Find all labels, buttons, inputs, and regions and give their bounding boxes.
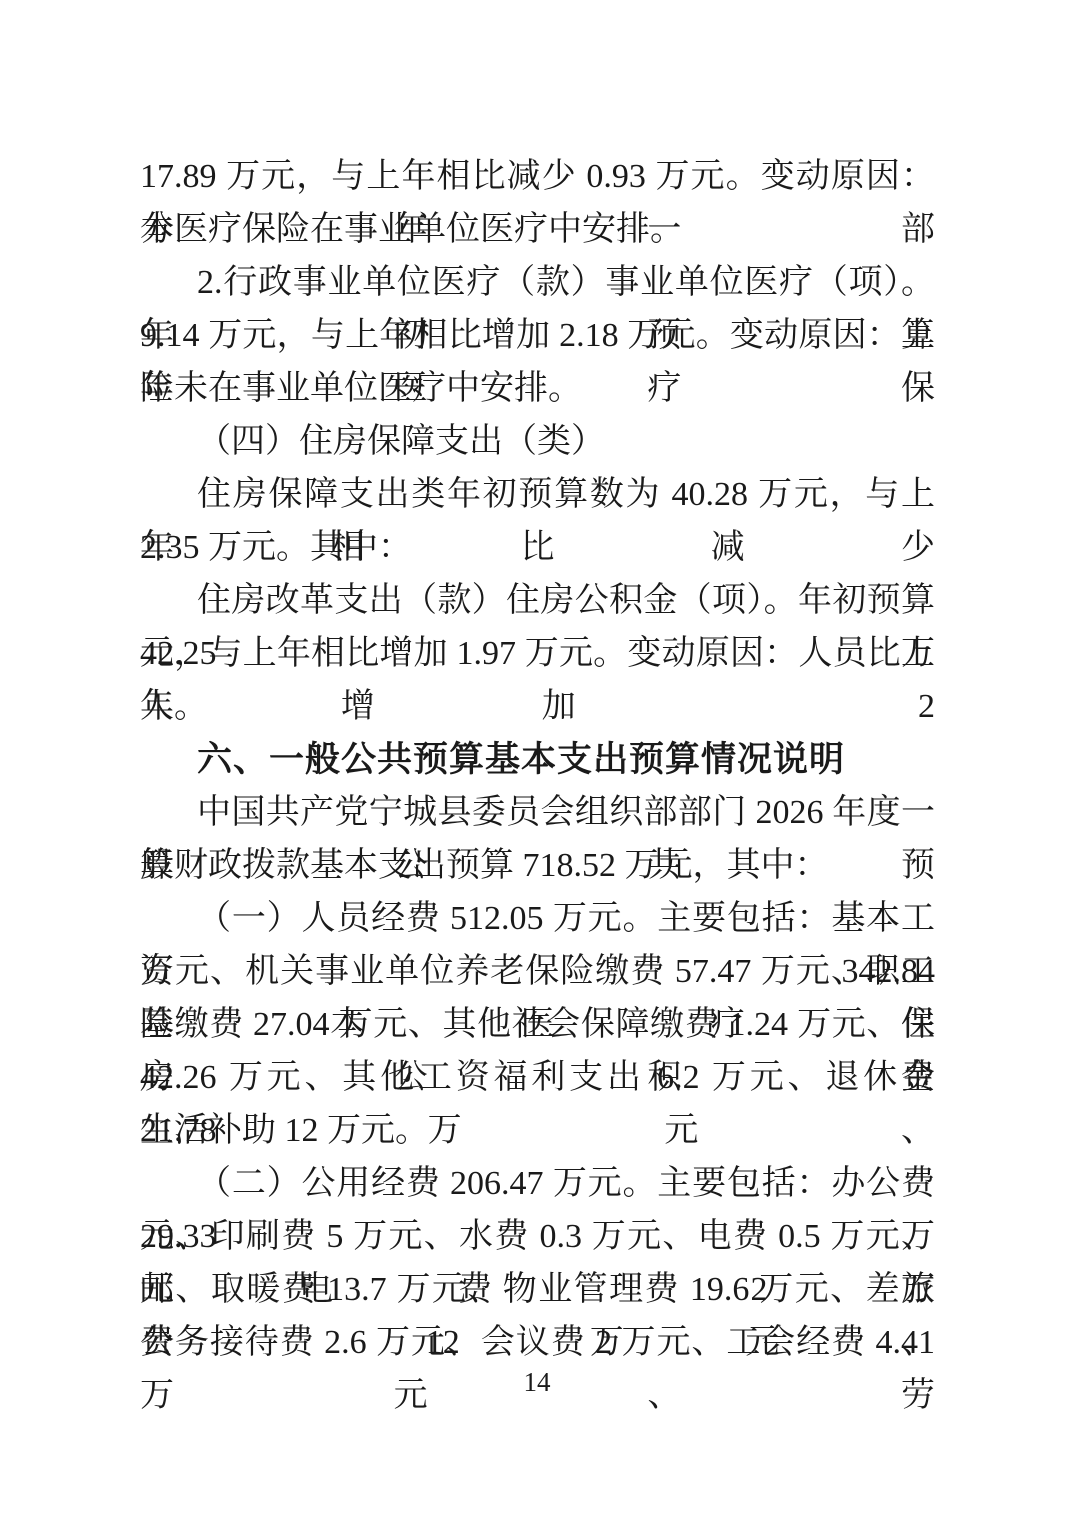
document-line: 元、印刷费 5 万元、水费 0.3 万元、电费 0.5 万元、邮电费 2 万 [140, 1210, 935, 1263]
subsection-heading: （四）住房保障支出（类） [140, 415, 935, 468]
document-line: 9.14 万元，与上年相比增加 2.18 万元。变动原因：上年医疗保 [140, 309, 935, 362]
document-line: 险缴费 27.04 万元、其他社会保障缴费 1.24 万元、住房公积金 [140, 998, 935, 1051]
document-line: 中国共产党宁城县委员会组织部部门 2026 年度一般公共预 [140, 786, 935, 839]
page-number: 14 [0, 1362, 1074, 1402]
document-line: 元、取暖费 13.7 万元、物业管理费 19.6 万元、差旅费 12 万元、 [140, 1263, 935, 1316]
document-line: 2.行政事业单位医疗（款）事业单位医疗（项）。年初预算 [140, 256, 935, 309]
document-line: （二）公用经费 206.47 万元。主要包括：办公费 29.33 万 [140, 1157, 935, 1210]
document-line: 元，与上年相比增加 1.97 万元。变动原因：人员比上年增加 2 [140, 627, 935, 680]
document-line: 17.89 万元，与上年相比减少 0.93 万元。变动原因：本年一部 [140, 150, 935, 203]
document-page: 17.89 万元，与上年相比减少 0.93 万元。变动原因：本年一部 分医疗保险… [0, 0, 1074, 1520]
section-heading: 六、一般公共预算基本支出预算情况说明 [140, 733, 935, 786]
document-line: （一）人员经费 512.05 万元。主要包括：基本工资 342.84 [140, 892, 935, 945]
document-line: 住房保障支出类年初预算数为 40.28 万元，与上年相比减少 [140, 468, 935, 521]
document-line: 算财政拨款基本支出预算 718.52 万元，其中： [140, 839, 935, 892]
document-line: 住房改革支出（款）住房公积金（项）。年初预算 42.25 万 [140, 574, 935, 627]
document-line: 万元、机关事业单位养老保险缴费 57.47 万元、职工基本医疗保 [140, 945, 935, 998]
document-line: 42.26 万元、其他工资福利支出 6.2 万元、退休费 21.78 万元、 [140, 1051, 935, 1104]
page-content: 17.89 万元，与上年相比减少 0.93 万元。变动原因：本年一部 分医疗保险… [140, 150, 935, 1369]
